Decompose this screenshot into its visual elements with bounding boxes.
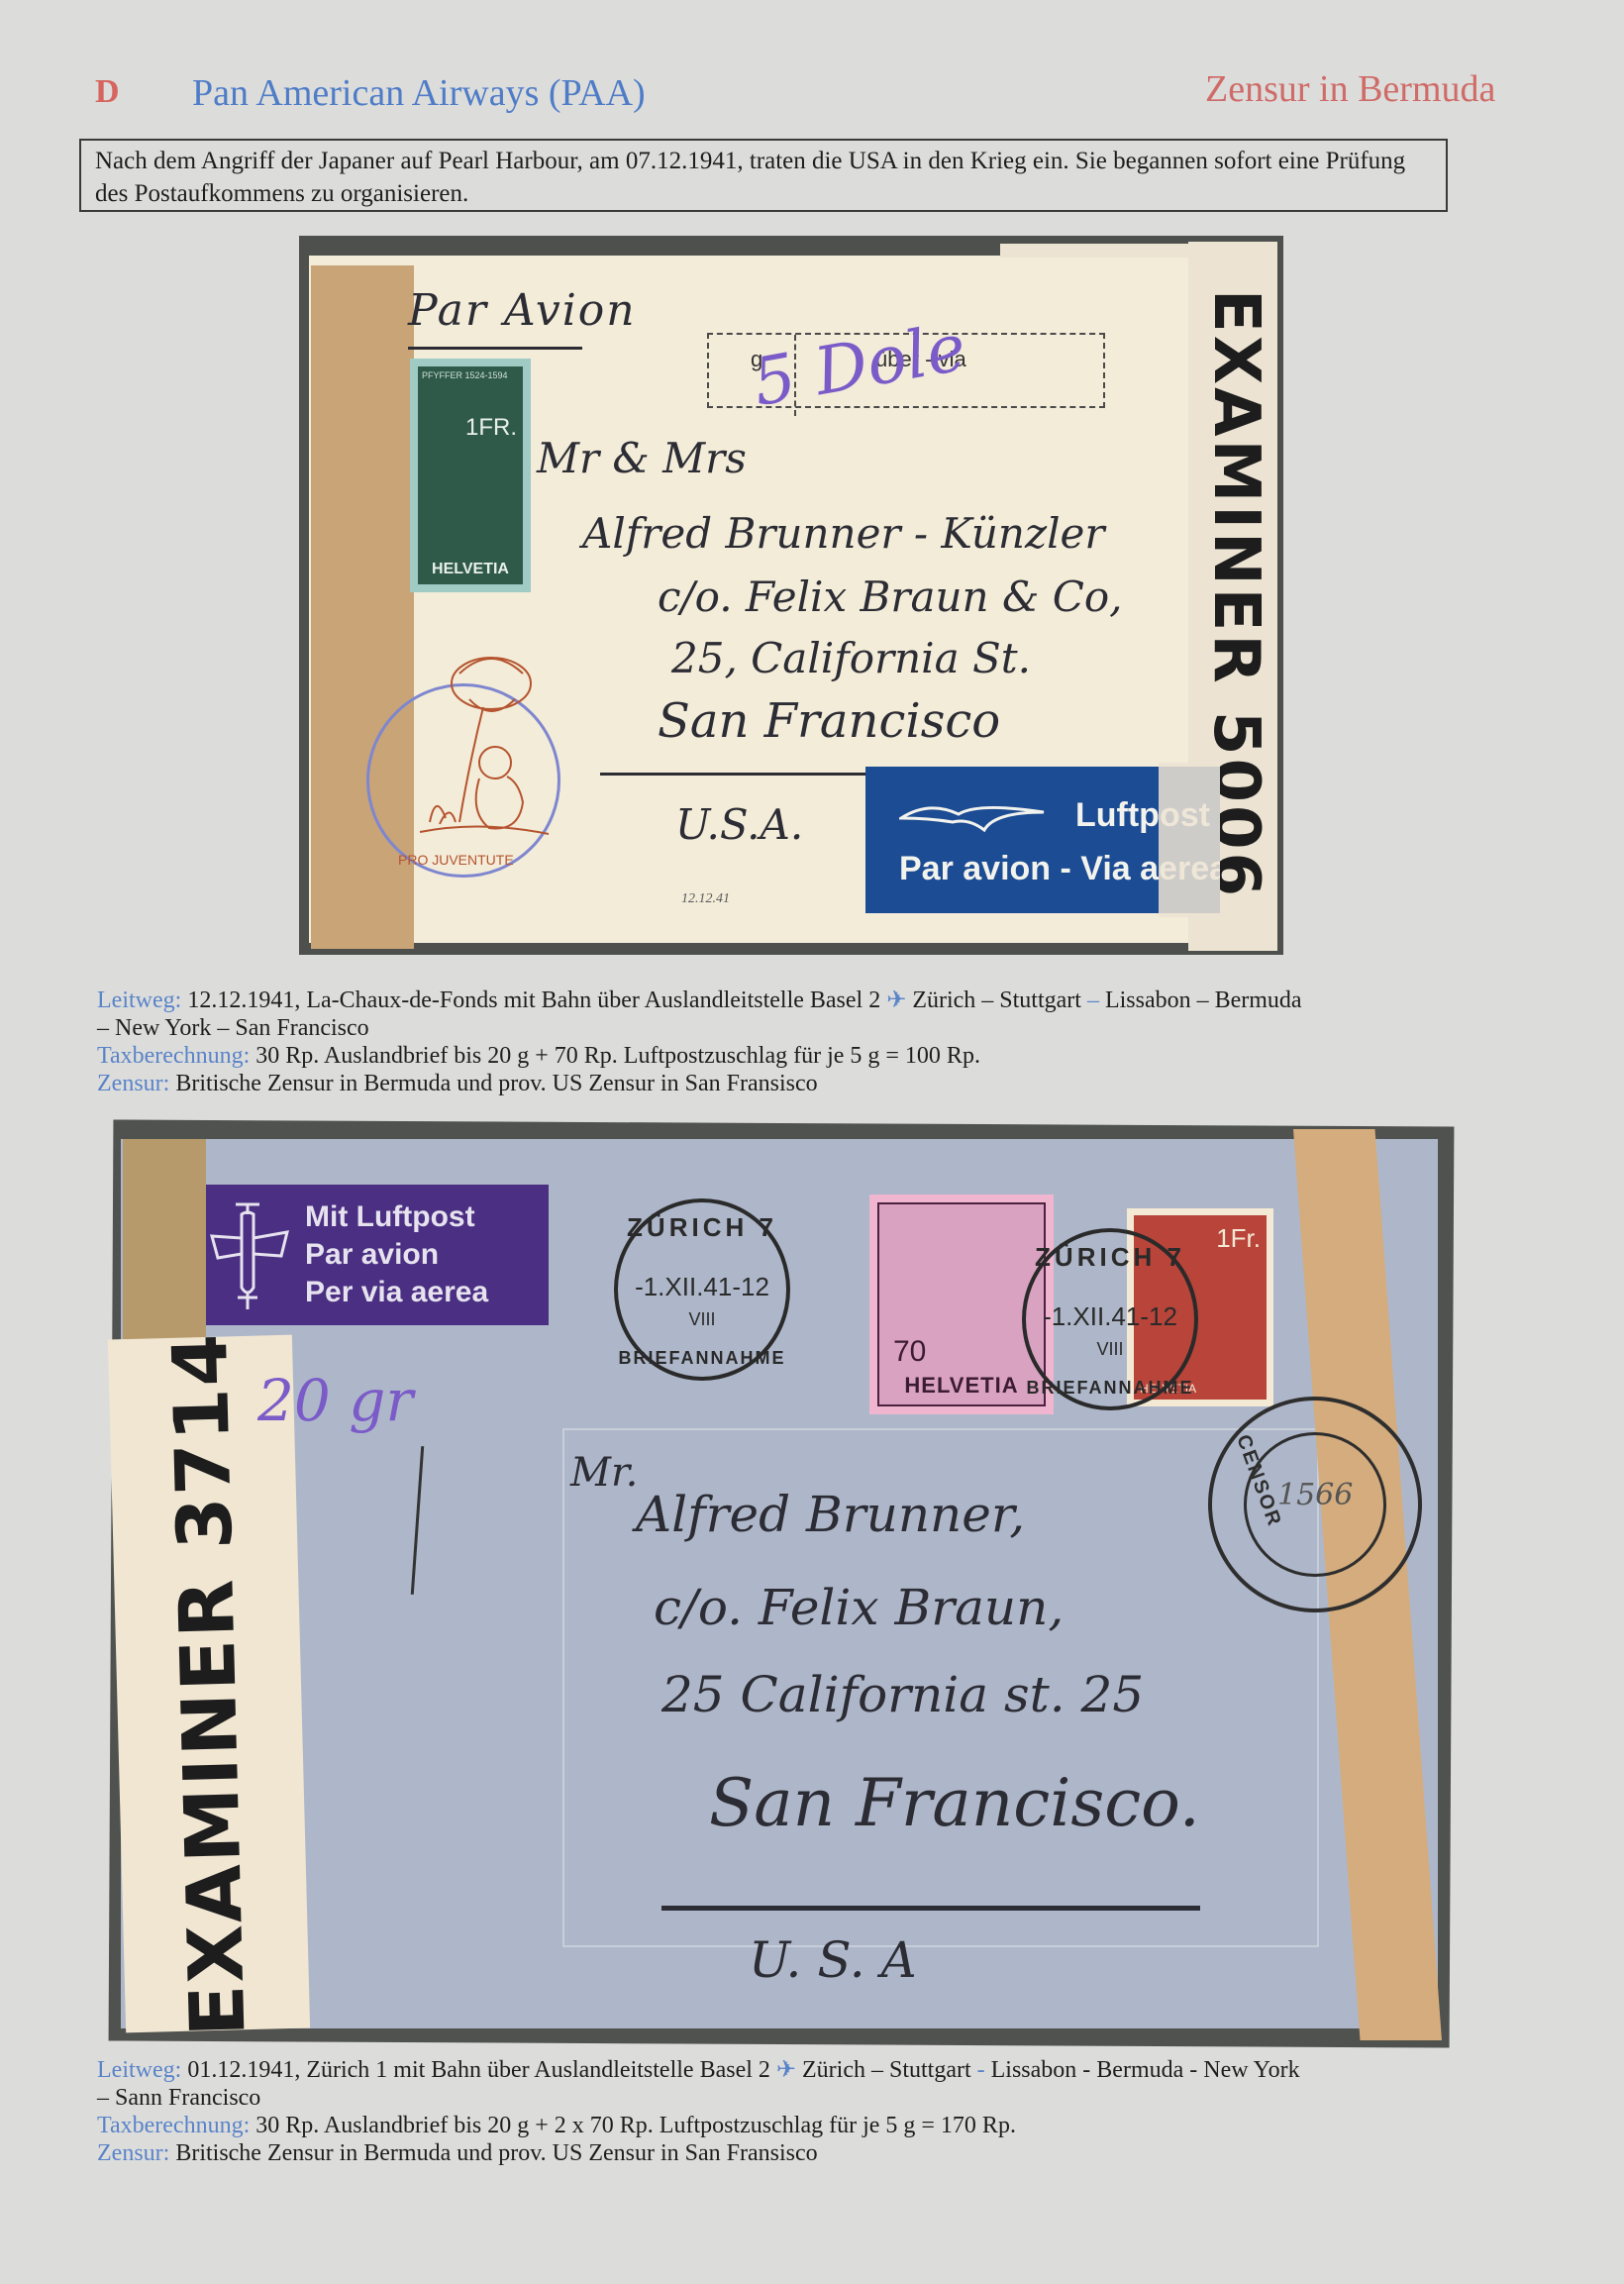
route-line: Leitweg: 12.12.1941, La-Chaux-de-Fonds m… xyxy=(97,986,1523,1014)
cover-1-pencil-date: 12.12.41 xyxy=(681,891,730,907)
stamp-value: 70 xyxy=(893,1335,926,1369)
tax-text: 30 Rp. Auslandbrief bis 20 g + 2 x 70 Rp… xyxy=(250,2113,1016,2138)
section-letter: D xyxy=(95,73,120,111)
cover-1-censor-tape-overlap xyxy=(1159,763,1220,917)
cover-1-address-line: U.S.A. xyxy=(675,800,803,849)
censor-text: Britische Zensur in Bermuda und prov. US… xyxy=(169,2140,817,2166)
tax-line: Taxberechnung: 30 Rp. Auslandbrief bis 2… xyxy=(97,2112,1523,2139)
route-text: 12.12.1941, La-Chaux-de-Fonds mit Bahn ü… xyxy=(181,987,886,1013)
route-label: Leitweg: xyxy=(97,987,181,1013)
stamp-value: 1Fr. xyxy=(1216,1223,1261,1254)
stamp-top-text: PFYFFER 1524-1594 xyxy=(422,370,508,380)
stamp-country: HELVETIA xyxy=(879,1373,1044,1399)
cover-2-caption: Leitweg: 01.12.1941, Zürich 1 mit Bahn ü… xyxy=(97,2056,1523,2167)
postmark-bottom: BRIEFANNAHME xyxy=(618,1348,786,1369)
cover-1-flap xyxy=(1000,244,1198,258)
cover-2-violet-mark: 20 gr xyxy=(257,1367,413,1434)
tax-line: Taxberechnung: 30 Rp. Auslandbrief bis 2… xyxy=(97,1042,1523,1070)
underline xyxy=(408,347,582,350)
cover-2-tape-top-left xyxy=(123,1139,206,1349)
cover-1-address-line: San Francisco xyxy=(658,693,1000,749)
stamp-value: 1FR. xyxy=(465,414,517,442)
censor-line: Zensur: Britische Zensur in Bermuda und … xyxy=(97,2139,1523,2167)
airmail-label-line-2: Par avion xyxy=(305,1236,488,1274)
postmark-bottom: BRIEFANNAHME xyxy=(1026,1378,1194,1399)
cover-2-examiner-label: EXAMINER 3714 xyxy=(108,1335,310,2033)
postmark-sub: VIII xyxy=(1026,1339,1194,1360)
route-label: Leitweg: xyxy=(97,2057,181,2083)
censor-label: Zensur: xyxy=(97,2140,169,2166)
seagull-icon xyxy=(899,796,1048,836)
postmark-sub: VIII xyxy=(618,1309,786,1330)
tax-label: Taxberechnung: xyxy=(97,2113,250,2138)
censor-text: Britische Zensur in Bermuda und prov. US… xyxy=(169,1071,817,1096)
cover-1-address-line: Mr & Mrs xyxy=(537,434,747,482)
address-underline xyxy=(661,1906,1200,1911)
page-title: Pan American Airways (PAA) xyxy=(192,71,646,115)
airplane-arrow-icon: ✈ xyxy=(776,2057,796,2083)
pro-juventute-flower-child-icon xyxy=(400,644,558,852)
route-text: Zürich – Stuttgart xyxy=(796,2057,977,2083)
postmark-date: -1.XII.41-12 xyxy=(618,1272,786,1302)
cover-1-stamp-1fr: PFYFFER 1524-1594 1FR. HELVETIA xyxy=(410,359,531,592)
censor-number: 1566 xyxy=(1277,1478,1353,1512)
cover-1-charity-imprint: PRO JUVENTUTE xyxy=(398,852,514,868)
route-text: Lissabon - Bermuda - New York xyxy=(985,2057,1300,2083)
cover-1-address-line: c/o. Felix Braun & Co, xyxy=(658,572,1122,621)
cover-1-caption: Leitweg: 12.12.1941, La-Chaux-de-Fonds m… xyxy=(97,986,1523,1097)
page-subtitle: Zensur in Bermuda xyxy=(1205,67,1495,111)
cover-1-par-avion-handwriting: Par Avion xyxy=(408,285,637,336)
censor-line: Zensur: Britische Zensur in Bermuda und … xyxy=(97,1070,1523,1097)
stamp-country: HELVETIA xyxy=(418,561,523,578)
censor-label: Zensur: xyxy=(97,1071,169,1096)
cover-2-address-line: c/o. Felix Braun, xyxy=(654,1579,1064,1636)
route-line: Leitweg: 01.12.1941, Zürich 1 mit Bahn ü… xyxy=(97,2056,1523,2084)
airplane-icon xyxy=(210,1198,289,1311)
route-dash: - xyxy=(977,2057,985,2083)
intro-text-box: Nach dem Angriff der Japaner auf Pearl H… xyxy=(79,139,1448,212)
cover-2-address-line: Mr. xyxy=(570,1450,638,1496)
cover-1-address-line: Alfred Brunner - Künzler xyxy=(582,509,1104,558)
airmail-label-line-1: Mit Luftpost xyxy=(305,1198,488,1236)
cover-2-address-line: U. S. A xyxy=(749,1931,917,1989)
airmail-label-line-3: Per via aerea xyxy=(305,1274,488,1311)
cover-2-airmail-label: Mit Luftpost Par avion Per via aerea xyxy=(206,1185,549,1325)
airplane-arrow-icon: ✈ xyxy=(886,987,906,1013)
cover-2-postmark-on-stamp: ZÜRICH 7 -1.XII.41-12 VIII BRIEFANNAHME xyxy=(1022,1228,1198,1410)
cover-2-address-line: Alfred Brunner, xyxy=(636,1486,1025,1543)
postmark-city: ZÜRICH 7 xyxy=(618,1212,786,1243)
route-text: Lissabon – Bermuda xyxy=(1099,987,1302,1013)
tax-text: 30 Rp. Auslandbrief bis 20 g + 70 Rp. Lu… xyxy=(250,1043,980,1069)
cover-1-address-line: 25, California St. xyxy=(671,634,1031,682)
postmark-date: -1.XII.41-12 xyxy=(1026,1301,1194,1332)
route-text: 01.12.1941, Zürich 1 mit Bahn über Ausla… xyxy=(181,2057,776,2083)
postmark-city: ZÜRICH 7 xyxy=(1026,1242,1194,1273)
cover-2-address-line: San Francisco. xyxy=(709,1765,1200,1841)
route-line-2: – Sann Francisco xyxy=(97,2084,1523,2112)
cover-2-address-line: 25 California st. 25 xyxy=(661,1666,1144,1723)
route-line-2: – New York – San Francisco xyxy=(97,1014,1523,1042)
route-dash: – xyxy=(1087,987,1099,1013)
route-text: Zürich – Stuttgart xyxy=(906,987,1087,1013)
tax-label: Taxberechnung: xyxy=(97,1043,250,1069)
cover-2-censor-handstamp: CENSOR 1566 xyxy=(1208,1397,1422,1612)
cover-2-postmark: ZÜRICH 7 -1.XII.41-12 VIII BRIEFANNAHME xyxy=(614,1198,790,1381)
